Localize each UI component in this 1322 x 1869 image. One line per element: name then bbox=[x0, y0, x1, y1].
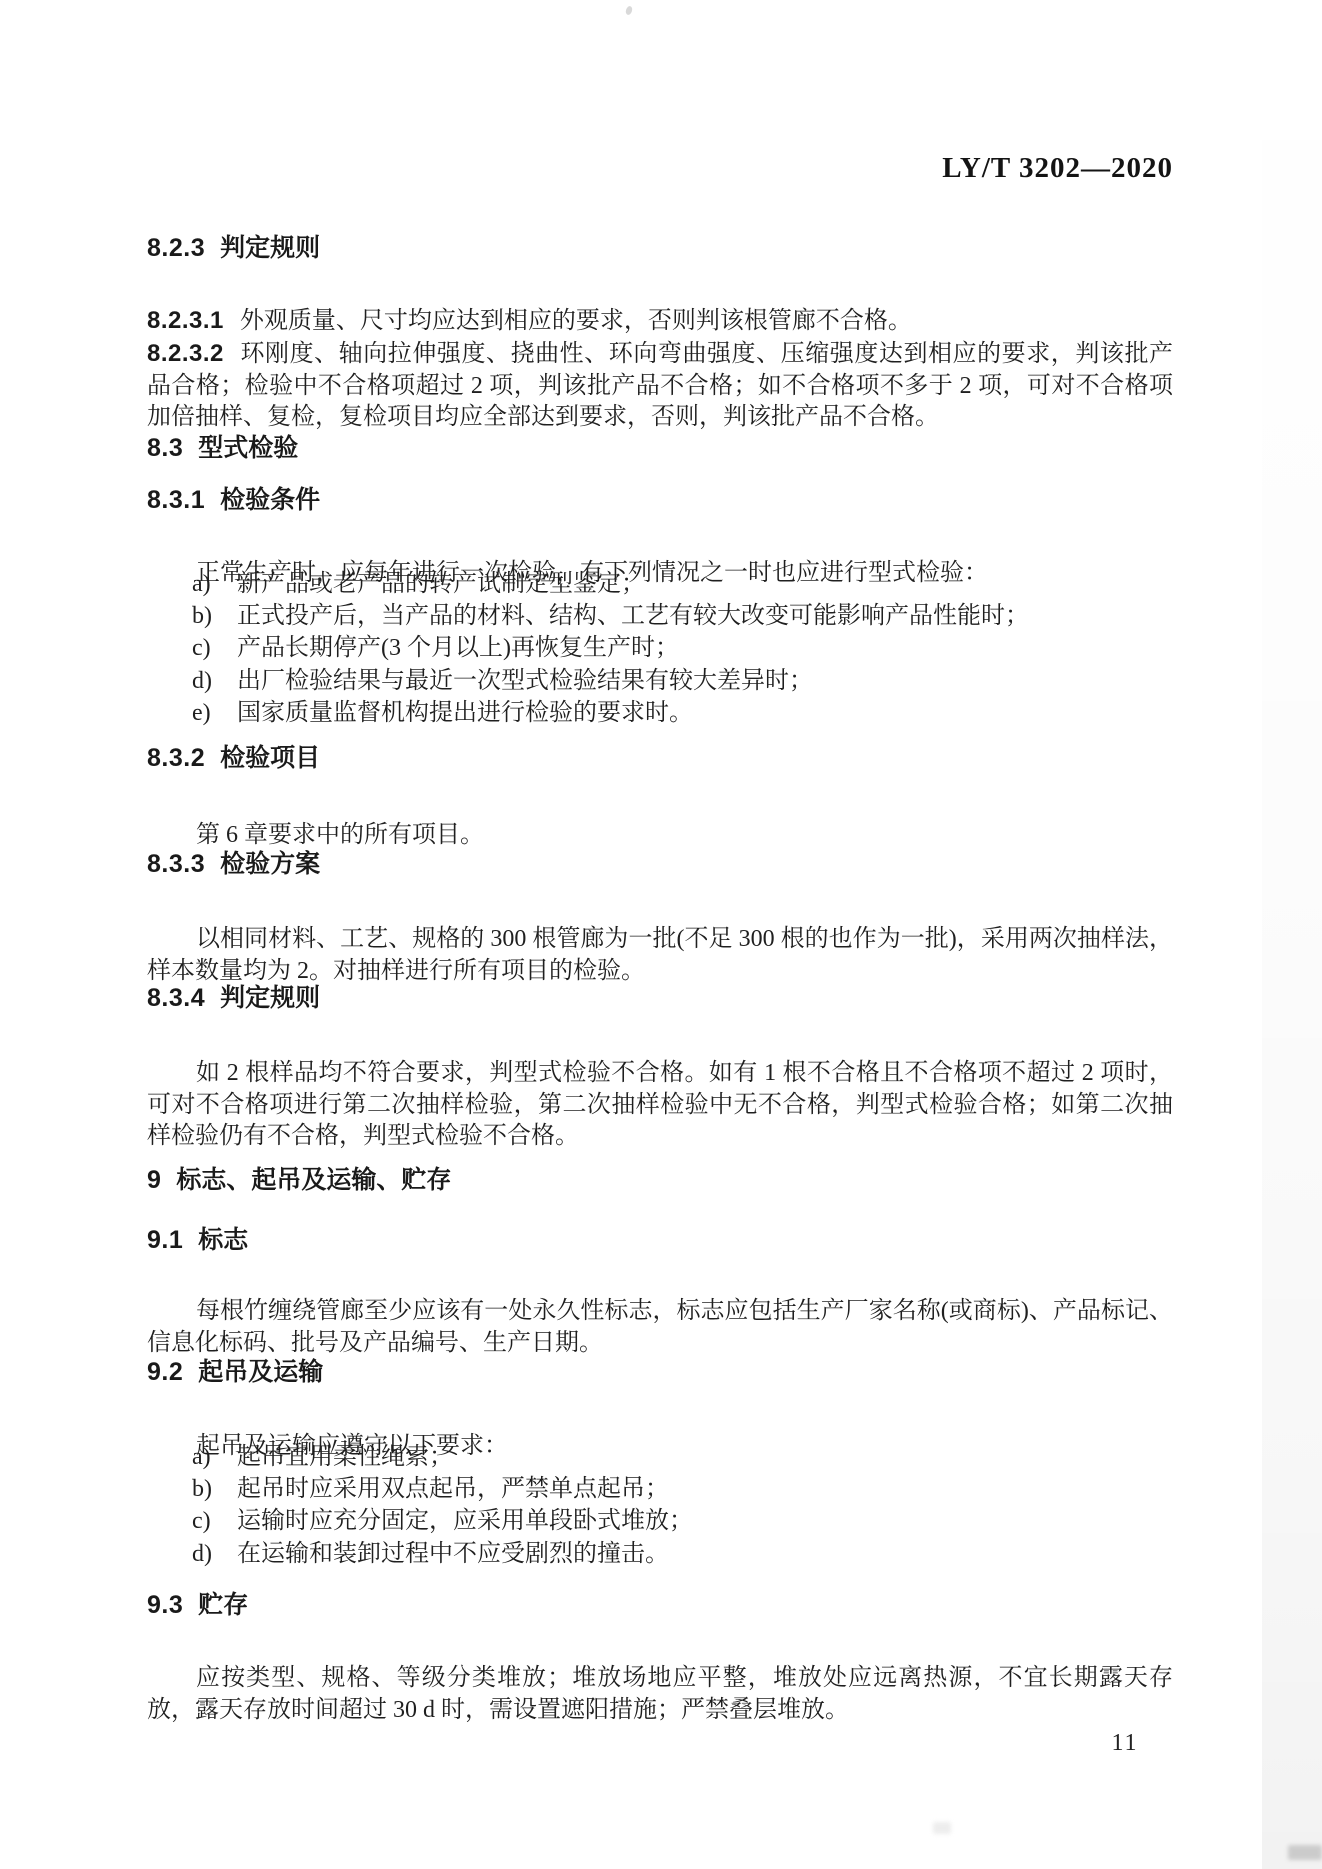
list-item: c)运输时应充分固定，应采用单段卧式堆放； bbox=[147, 1505, 1173, 1537]
section-title: 检验条件 bbox=[220, 486, 320, 514]
scan-edge-shading bbox=[1262, 0, 1322, 1869]
scan-smudge bbox=[933, 1822, 951, 1834]
list-item-marker: a) bbox=[192, 1441, 211, 1473]
list-item-marker: b) bbox=[192, 600, 212, 632]
section-title: 贮存 bbox=[198, 1591, 248, 1619]
list-item: a)起吊宜用柔性绳索； bbox=[147, 1441, 1173, 1473]
list-item-text: 正式投产后，当产品的材料、结构、工艺有较大改变可能影响产品性能时； bbox=[237, 603, 1029, 629]
scan-smudge-corner bbox=[1288, 1845, 1322, 1860]
section-number: 9.1 bbox=[147, 1226, 183, 1254]
section-number: 8.3.4 bbox=[147, 984, 205, 1012]
section-heading-8-3-1: 8.3.1检验条件 bbox=[147, 484, 1173, 517]
section-number: 9.2 bbox=[147, 1358, 183, 1386]
paragraph-marking: 每根竹缠绕管廊至少应该有一处永久性标志，标志应包括生产厂家名称(或商标)、产品标… bbox=[147, 1296, 1173, 1359]
section-heading-8-3-4: 8.3.4判定规则 bbox=[147, 982, 1173, 1015]
clause-text: 环刚度、轴向拉伸强度、挠曲性、环向弯曲强度、压缩强度达到相应的要求，判该批产品合… bbox=[147, 341, 1173, 430]
clause-8-2-3-2: 8.2.3.2环刚度、轴向拉伸强度、挠曲性、环向弯曲强度、压缩强度达到相应的要求… bbox=[147, 338, 1173, 434]
paragraph-storage: 应按类型、规格、等级分类堆放；堆放场地应平整，堆放处应远离热源，不宜长期露天存放… bbox=[147, 1663, 1173, 1726]
paragraph-test-items: 第 6 章要求中的所有项目。 bbox=[147, 820, 1173, 852]
section-title: 检验项目 bbox=[220, 744, 320, 772]
clause-number: 8.2.3.1 bbox=[147, 307, 224, 334]
page-number: 11 bbox=[1098, 1728, 1152, 1758]
section-number: 8.3.1 bbox=[147, 486, 205, 514]
list-item-text: 国家质量监督机构提出进行检验的要求时。 bbox=[237, 700, 693, 726]
section-title: 判定规则 bbox=[220, 234, 320, 262]
section-number: 8.3 bbox=[147, 434, 183, 462]
section-number: 8.3.2 bbox=[147, 744, 205, 772]
section-title: 型式检验 bbox=[198, 434, 298, 462]
section-number: 8.3.3 bbox=[147, 850, 205, 878]
section-number: 9.3 bbox=[147, 1591, 183, 1619]
paragraph-judgement-rule: 如 2 根样品均不符合要求，判型式检验不合格。如有 1 根不合格且不合格项不超过… bbox=[147, 1058, 1173, 1153]
condition-list: a)新产品或老产品的转产试制定型鉴定； b)正式投产后，当产品的材料、结构、工艺… bbox=[147, 568, 1173, 729]
section-title: 判定规则 bbox=[220, 984, 320, 1012]
list-item: b)起吊时应采用双点起吊，严禁单点起吊； bbox=[147, 1473, 1173, 1505]
section-heading-9-1: 9.1标志 bbox=[147, 1224, 1173, 1257]
clause-text: 外观质量、尺寸均应达到相应的要求，否则判该根管廊不合格。 bbox=[240, 308, 912, 334]
lifting-requirement-list: a)起吊宜用柔性绳索； b)起吊时应采用双点起吊，严禁单点起吊； c)运输时应充… bbox=[147, 1441, 1173, 1570]
list-item-text: 出厂检验结果与最近一次型式检验结果有较大差异时； bbox=[237, 668, 813, 694]
list-item-marker: e) bbox=[192, 697, 211, 729]
list-item-marker: d) bbox=[192, 1538, 212, 1570]
section-title: 起吊及运输 bbox=[198, 1358, 323, 1386]
section-heading-8-3-3: 8.3.3检验方案 bbox=[147, 848, 1173, 881]
clause-number: 8.2.3.2 bbox=[147, 340, 224, 367]
list-item-marker: a) bbox=[192, 568, 211, 600]
list-item: b)正式投产后，当产品的材料、结构、工艺有较大改变可能影响产品性能时； bbox=[147, 600, 1173, 632]
list-item-marker: c) bbox=[192, 632, 211, 664]
list-item-marker: c) bbox=[192, 1505, 211, 1537]
list-item: a)新产品或老产品的转产试制定型鉴定； bbox=[147, 568, 1173, 600]
list-item: d)在运输和装卸过程中不应受剧烈的撞击。 bbox=[147, 1538, 1173, 1570]
section-heading-8-3: 8.3型式检验 bbox=[147, 432, 1173, 465]
section-title: 检验方案 bbox=[220, 850, 320, 878]
scanned-standard-page: LY/T 3202—2020 8.2.3判定规则 8.2.3.1外观质量、尺寸均… bbox=[0, 0, 1322, 1869]
list-item-text: 起吊宜用柔性绳索； bbox=[237, 1444, 453, 1470]
list-item-text: 在运输和装卸过程中不应受剧烈的撞击。 bbox=[237, 1541, 669, 1567]
list-item: d)出厂检验结果与最近一次型式检验结果有较大差异时； bbox=[147, 665, 1173, 697]
list-item-text: 新产品或老产品的转产试制定型鉴定； bbox=[237, 571, 645, 597]
list-item-text: 运输时应充分固定，应采用单段卧式堆放； bbox=[237, 1508, 693, 1534]
list-item-marker: b) bbox=[192, 1473, 212, 1505]
section-title: 标志 bbox=[198, 1226, 248, 1254]
list-item-text: 起吊时应采用双点起吊，严禁单点起吊； bbox=[237, 1476, 669, 1502]
list-item: e)国家质量监督机构提出进行检验的要求时。 bbox=[147, 697, 1173, 729]
section-heading-9-3: 9.3贮存 bbox=[147, 1589, 1173, 1622]
list-item-text: 产品长期停产(3 个月以上)再恢复生产时； bbox=[237, 635, 679, 661]
clause-8-2-3-1: 8.2.3.1外观质量、尺寸均应达到相应的要求，否则判该根管廊不合格。 bbox=[147, 305, 1173, 338]
scan-speck bbox=[625, 5, 633, 15]
list-item: c)产品长期停产(3 个月以上)再恢复生产时； bbox=[147, 632, 1173, 664]
chapter-heading-9: 9标志、起吊及运输、贮存 bbox=[147, 1164, 1173, 1197]
section-number: 8.2.3 bbox=[147, 234, 205, 262]
chapter-title: 标志、起吊及运输、贮存 bbox=[176, 1166, 451, 1194]
section-heading-8-3-2: 8.3.2检验项目 bbox=[147, 742, 1173, 775]
chapter-number: 9 bbox=[147, 1166, 161, 1194]
list-item-marker: d) bbox=[192, 665, 212, 697]
standard-number: LY/T 3202—2020 bbox=[147, 153, 1173, 183]
paragraph-sampling-plan: 以相同材料、工艺、规格的 300 根管廊为一批(不足 300 根的也作为一批)，… bbox=[147, 924, 1173, 987]
section-heading-9-2: 9.2起吊及运输 bbox=[147, 1356, 1173, 1389]
section-heading-8-2-3: 8.2.3判定规则 bbox=[147, 232, 1173, 265]
